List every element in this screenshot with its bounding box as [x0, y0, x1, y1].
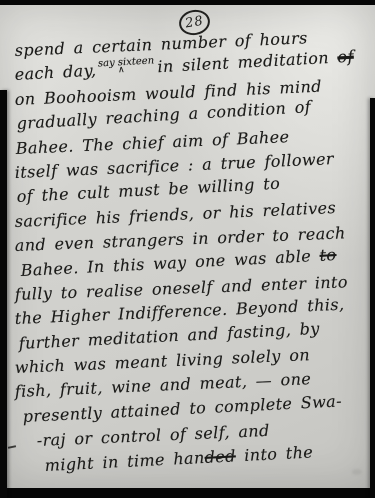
manuscript-body: spend a certain number of hourseach day,…	[15, 41, 371, 480]
struck-text: to	[319, 245, 337, 265]
inserted-text: say sixteen∧	[98, 56, 155, 70]
manuscript-paper: 28 spend a certain number of hourseach d…	[0, 5, 375, 488]
scan-border-left	[0, 90, 7, 498]
text-segment: into the	[235, 442, 313, 465]
struck-text: ded	[204, 446, 236, 467]
struck-text: of	[337, 47, 354, 67]
insertion-label: say sixteen	[98, 56, 155, 70]
page-number: 28	[184, 14, 205, 32]
text-segment: each day,	[14, 61, 97, 84]
manuscript-photo: 28 spend a certain number of hourseach d…	[0, 0, 375, 498]
caret-mark: ∧	[118, 65, 125, 75]
scan-border-right	[370, 98, 375, 498]
paper-smudge	[352, 469, 362, 475]
